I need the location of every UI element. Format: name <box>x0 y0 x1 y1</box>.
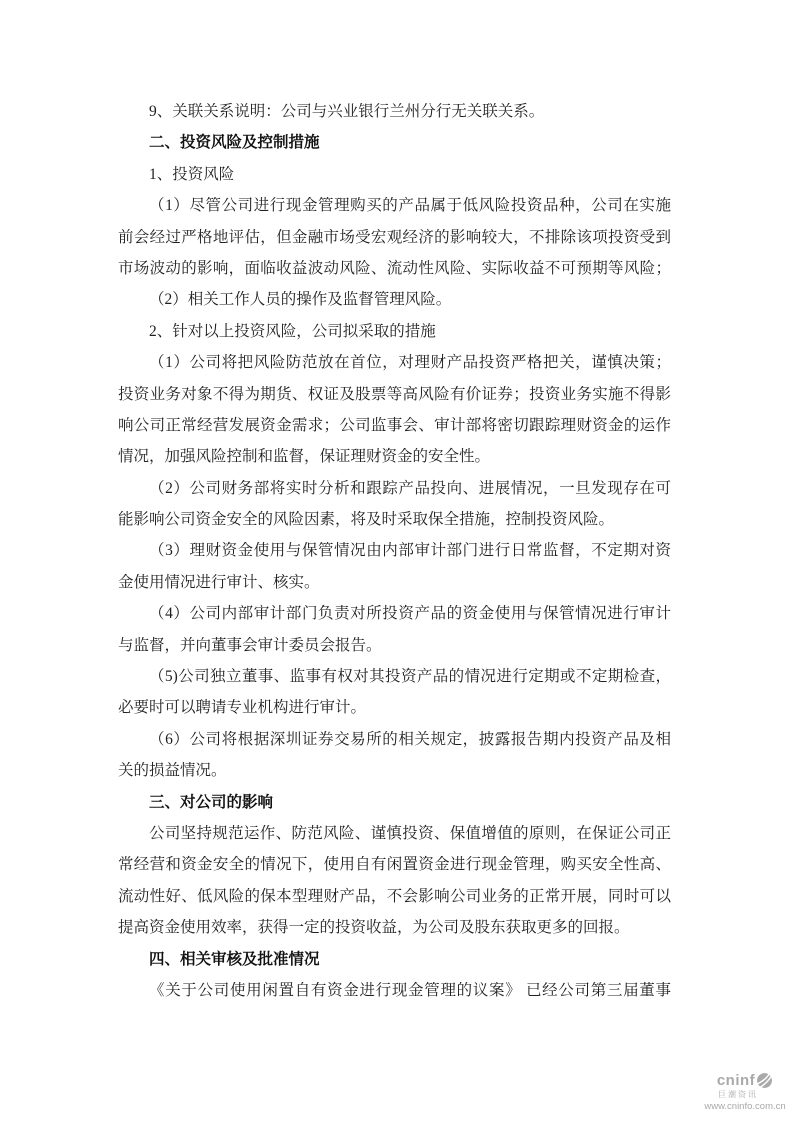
doc-line: 常经营和资金安全的情况下，使用自有闲置资金进行现金管理，购买安全性高、 <box>118 849 671 880</box>
doc-line: 2、针对以上投资风险，公司拟采取的措施 <box>118 316 671 347</box>
doc-line: 金使用情况进行审计、核实。 <box>118 567 671 598</box>
doc-line: （2）公司财务部将实时分析和跟踪产品投向、进展情况，一旦发现存在可 <box>118 473 671 504</box>
doc-line: 提高资金使用效率，获得一定的投资收益，为公司及股东获取更多的回报。 <box>118 912 671 943</box>
doc-line: 9、关联关系说明：公司与兴业银行兰州分行无关联关系。 <box>118 96 671 127</box>
doc-line: 情况，加强风险控制和监督，保证理财资金的安全性。 <box>118 441 671 472</box>
doc-line: 响公司正常经营发展资金需求；公司监事会、审计部将密切跟踪理财资金的运作 <box>118 410 671 441</box>
doc-line: （4）公司内部审计部门负责对所投资产品的资金使用与保管情况进行审计 <box>118 598 671 629</box>
cninfo-website: www.cninfo.com.cn <box>700 1102 790 1112</box>
doc-line: （1）尽管公司进行现金管理购买的产品属于低风险投资品种，公司在实施 <box>118 190 671 221</box>
cninfo-swirl-icon <box>756 1072 773 1089</box>
section-heading-3: 三、对公司的影响 <box>118 787 671 818</box>
doc-line: 《关于公司使用闲置自有资金进行现金管理的议案》 已经公司第三届董事 <box>118 975 671 1006</box>
cninfo-brand-row: cninf <box>700 1072 790 1089</box>
document-page: 9、关联关系说明：公司与兴业银行兰州分行无关联关系。 二、投资风险及控制措施 1… <box>0 0 793 1122</box>
doc-line: 关的损益情况。 <box>118 755 671 786</box>
document-body: 9、关联关系说明：公司与兴业银行兰州分行无关联关系。 二、投资风险及控制措施 1… <box>118 96 671 1006</box>
doc-line: 流动性好、低风险的保本型理财产品，不会影响公司业务的正常开展，同时可以 <box>118 881 671 912</box>
doc-line: 必要时可以聘请专业机构进行审计。 <box>118 692 671 723</box>
doc-line: （5)公司独立董事、监事有权对其投资产品的情况进行定期或不定期检查， <box>118 661 671 692</box>
doc-line: 前会经过严格地评估，但金融市场受宏观经济的影响较大，不排除该项投资受到 <box>118 222 671 253</box>
section-heading-2: 二、投资风险及控制措施 <box>118 127 671 158</box>
doc-line: 1、投资风险 <box>118 159 671 190</box>
doc-line: 投资业务对象不得为期货、权证及股票等高风险有价证券；投资业务实施不得影 <box>118 379 671 410</box>
cninfo-brand-chinese: 巨潮资讯 <box>700 1091 790 1099</box>
doc-line: 市场波动的影响，面临收益波动风险、流动性风险、实际收益不可预期等风险； <box>118 253 671 284</box>
doc-line: 与监督，并向董事会审计委员会报告。 <box>118 630 671 661</box>
doc-line: （6）公司将根据深圳证券交易所的相关规定，披露报告期内投资产品及相 <box>118 724 671 755</box>
cninfo-watermark: cninf 巨潮资讯 www.cninfo.com.cn <box>700 1072 790 1112</box>
section-heading-4: 四、相关审核及批准情况 <box>118 944 671 975</box>
cninfo-brand-text: cninf <box>717 1073 755 1088</box>
doc-line: （3）理财资金使用与保管情况由内部审计部门进行日常监督，不定期对资 <box>118 535 671 566</box>
doc-line: （2）相关工作人员的操作及监督管理风险。 <box>118 284 671 315</box>
doc-line: 公司坚持规范运作、防范风险、谨慎投资、保值增值的原则，在保证公司正 <box>118 818 671 849</box>
doc-line: 能影响公司资金安全的风险因素，将及时采取保全措施，控制投资风险。 <box>118 504 671 535</box>
doc-line: （1）公司将把风险防范放在首位，对理财产品投资严格把关，谨慎决策； <box>118 347 671 378</box>
